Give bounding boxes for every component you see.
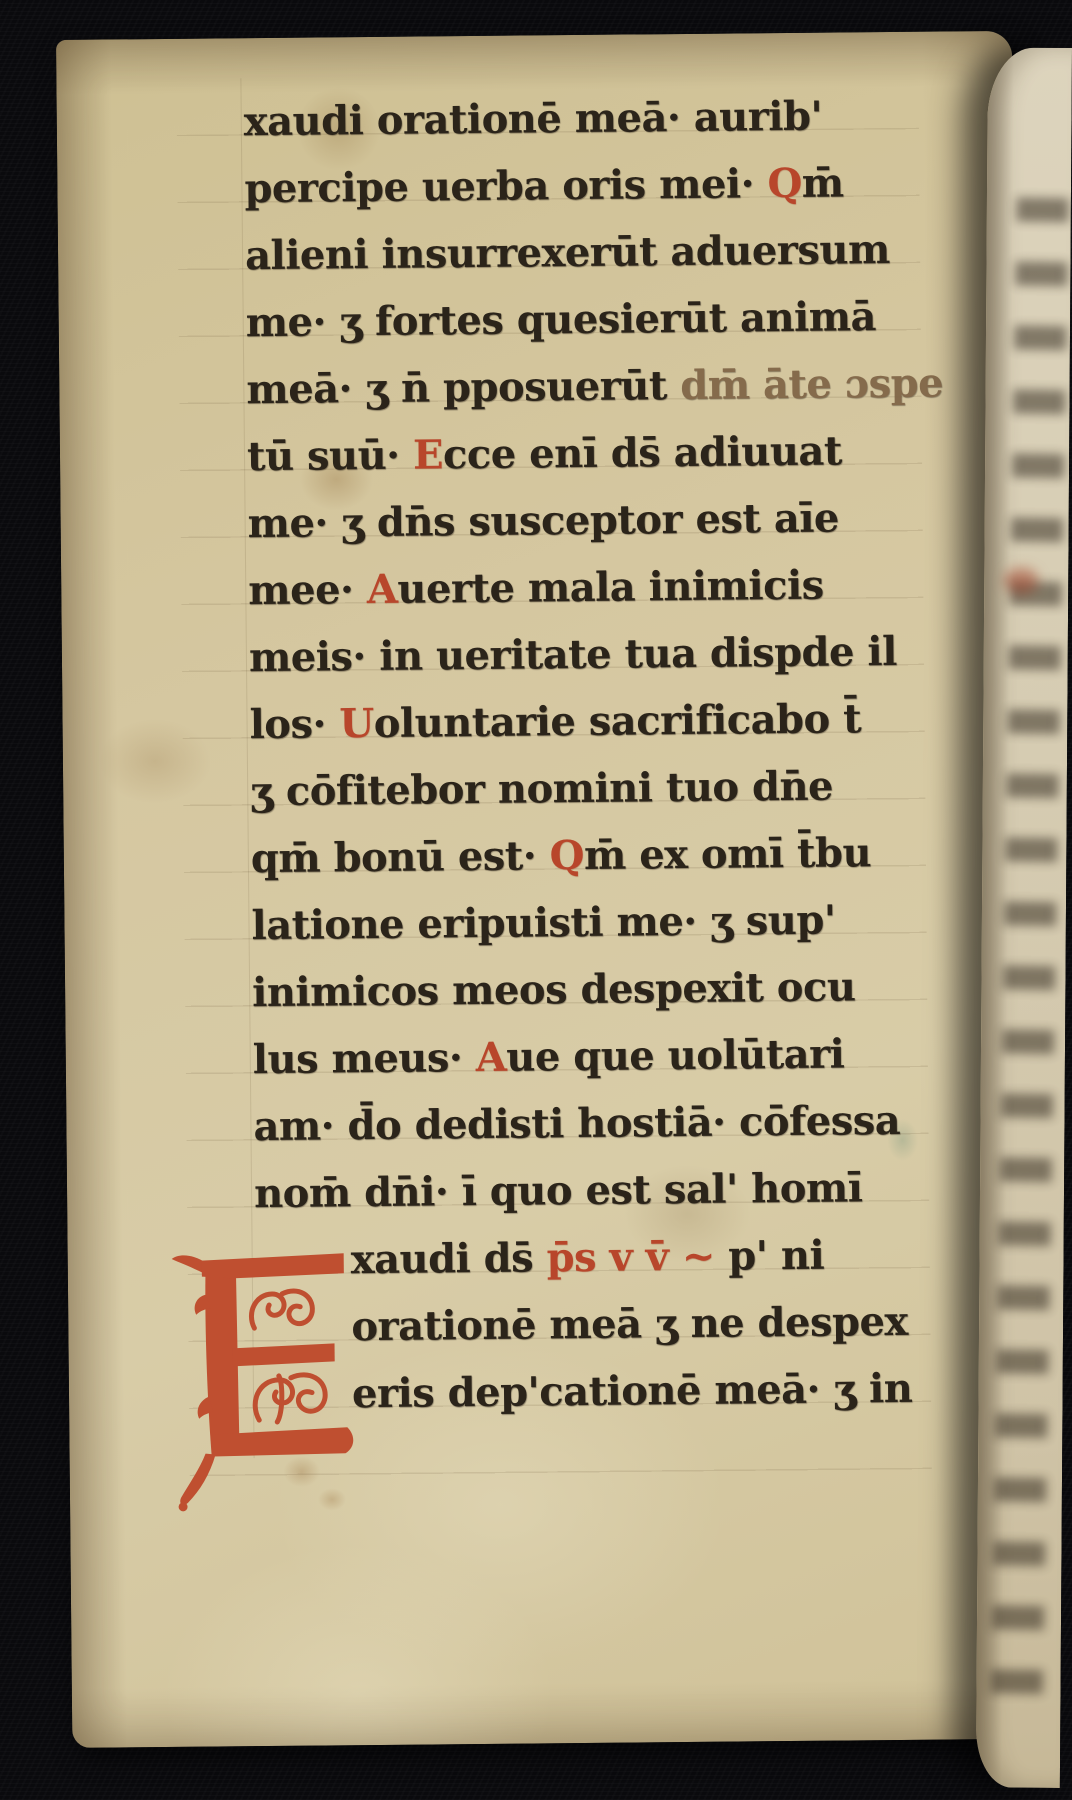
- text-segment: am· d̄o dedisti hostiā· cōfessa: [253, 1097, 900, 1150]
- text-segment: eris dep'cationē meā· ʒ in: [352, 1365, 913, 1417]
- text-line: latione eripuisti me· ʒ sup': [251, 885, 952, 959]
- text-line: los· Uoluntarie sacrificabo t̄: [249, 684, 950, 758]
- text-segment: U: [339, 700, 374, 747]
- text-line: alieni insurrexerūt aduersum: [245, 215, 946, 289]
- text-segment: m̄: [802, 159, 844, 206]
- text-line: lus meus· Aue que uolūtari: [252, 1019, 953, 1093]
- text-segment: meis· in ueritate tua dispde il: [249, 628, 897, 681]
- text-segment: A: [476, 1034, 507, 1081]
- text-segment: nom̄ dn̄i· ī quo est sal' homī: [254, 1164, 863, 1217]
- adjacent-page-edge: [976, 47, 1072, 1788]
- text-segment: uerte mala inimicis: [397, 562, 824, 613]
- text-segment: cce enī ds̄ adiuuat: [443, 427, 842, 478]
- decorated-initial-E: [165, 1215, 368, 1517]
- text-segment: inimicos meos despexit ocu: [252, 963, 856, 1016]
- text-line: am· d̄o dedisti hostiā· cōfessa: [253, 1086, 954, 1160]
- text-segment: dm̄ āte ɔspe: [680, 360, 943, 410]
- text-segment: oluntarie sacrificabo t̄: [373, 695, 861, 747]
- text-segment: mee·: [248, 566, 367, 614]
- text-segment: me· ʒ fortes quesierūt animā: [245, 293, 876, 346]
- text-line: meā· ʒ n̄ pposuerūt dm̄ āte ɔspe: [246, 349, 947, 423]
- text-line: qm̄ bonū est· Qm̄ ex omī t̄bu: [251, 818, 952, 892]
- blurred-rubric-smudge: [1004, 568, 1038, 594]
- text-segment: latione eripuisti me· ʒ sup': [251, 897, 836, 950]
- text-segment: Q: [549, 832, 584, 879]
- text-line: inimicos meos despexit ocu: [252, 952, 953, 1026]
- text-line: tū suū· Ecce enī ds̄ adiuuat: [247, 416, 948, 490]
- text-segment: p' ni: [715, 1232, 825, 1280]
- text-segment: los·: [249, 700, 339, 748]
- text-segment: m̄ ex omī t̄bu: [584, 829, 872, 879]
- manuscript-leaf: xaudi orationē meā· aurib'percipe uerba …: [56, 31, 1028, 1748]
- text-segment: A: [367, 566, 398, 613]
- text-segment: xaudi orationē meā· aurib': [244, 93, 823, 146]
- text-line: percipe uerba oris mei· Qm̄: [244, 148, 945, 222]
- text-segment: orationē meā ʒ ne despex: [351, 1298, 908, 1350]
- text-line: mee· Auerte mala inimicis: [248, 550, 949, 624]
- text-segment: p̄s v v̄ ~: [546, 1233, 715, 1282]
- initial-letter-drawing: [165, 1215, 368, 1517]
- text-line: xaudi orationē meā· aurib': [243, 81, 944, 155]
- text-line: ʒ cōfitebor nomini tuo dn̄e: [250, 751, 951, 825]
- text-line: meis· in ueritate tua dispde il: [249, 617, 950, 691]
- text-segment: percipe uerba oris mei·: [244, 160, 767, 212]
- text-line: me· ʒ fortes quesierūt animā: [245, 282, 946, 356]
- photo-backdrop: { "colors": { "background": "#0a0a0d", "…: [0, 0, 1072, 1800]
- text-segment: E: [413, 431, 443, 478]
- text-segment: ue que uolūtari: [506, 1030, 845, 1080]
- text-segment: xaudi ds̄: [350, 1234, 546, 1283]
- text-segment: qm̄ bonū est·: [251, 832, 550, 882]
- text-segment: me· ʒ dn̄s susceptor est aīe: [247, 495, 839, 548]
- text-segment: meā· ʒ n̄ pposuerūt: [246, 362, 680, 413]
- text-segment: Q: [767, 160, 802, 207]
- text-segment: tū suū·: [247, 432, 413, 481]
- text-segment: alieni insurrexerūt aduersum: [245, 226, 890, 279]
- blurred-text-smudges: [991, 197, 1069, 1698]
- text-segment: lus meus·: [253, 1034, 476, 1083]
- text-line: me· ʒ dn̄s susceptor est aīe: [247, 483, 948, 557]
- text-segment: ʒ cōfitebor nomini tuo dn̄e: [250, 763, 833, 816]
